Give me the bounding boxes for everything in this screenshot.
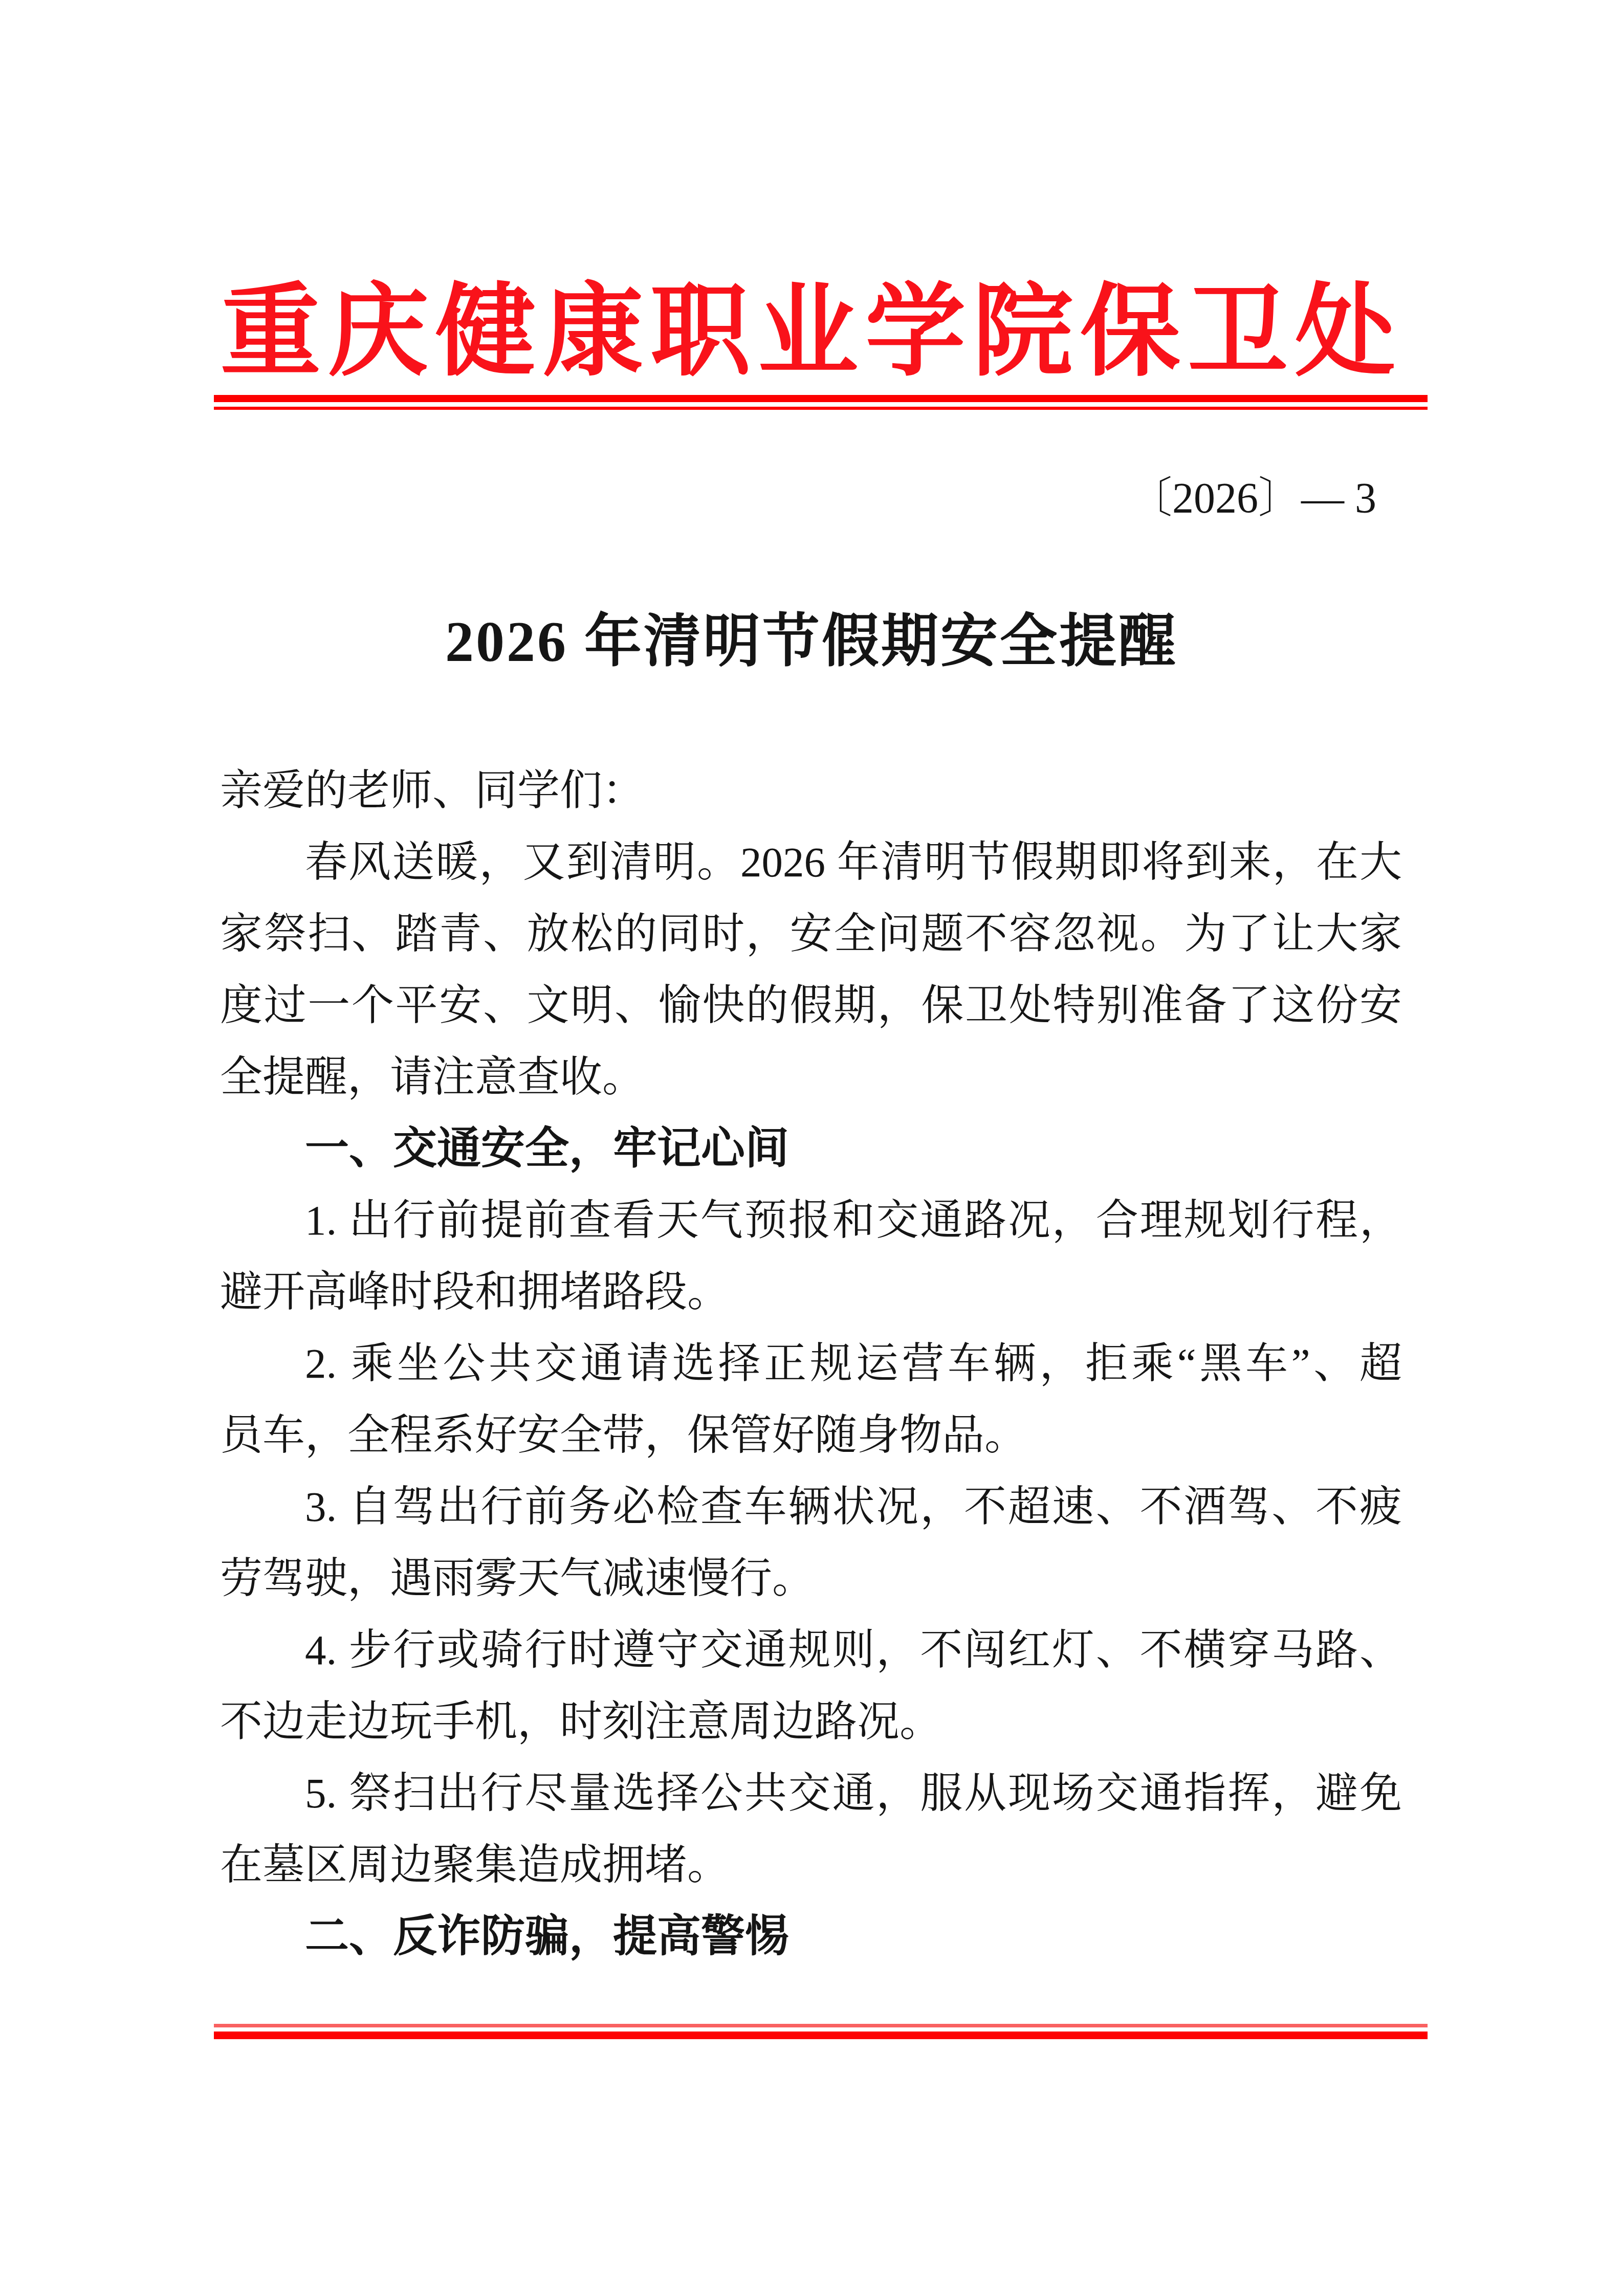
item-5: 在墓区周边聚集造成拥堵。 (220, 1829, 1402, 1901)
item-3: 劳驾驶，遇雨雾天气减速慢行。 (220, 1542, 1402, 1614)
item-5: 5. 祭扫出行尽量选择公共交通，服从现场交通指挥，避免 (220, 1757, 1402, 1829)
intro-paragraph: 度过一个平安、文明、愉快的假期，保卫处特别准备了这份安 (220, 969, 1402, 1041)
footer-rule-thin (214, 2024, 1428, 2027)
item-1: 避开高峰时段和拥堵路段。 (220, 1256, 1402, 1328)
intro-paragraph: 春风送暖，又到清明。2026 年清明节假期即将到来，在大 (220, 826, 1402, 898)
section-2-heading: 二、反诈防骗，提高警惕 (220, 1901, 1402, 1972)
document-page: 重庆健康职业学院保卫处 〔2026〕— 3 2026 年清明节假期安全提醒 亲爱… (0, 0, 1623, 2296)
masthead-title: 重庆健康职业学院保卫处 (0, 279, 1623, 386)
body-text: 亲爱的老师、同学们：春风送暖，又到清明。2026 年清明节假期即将到来，在大家祭… (220, 755, 1402, 1972)
item-4: 4. 步行或骑行时遵守交通规则，不闯红灯、不横穿马路、 (220, 1614, 1402, 1686)
item-4: 不边走边玩手机，时刻注意周边路况。 (220, 1686, 1402, 1757)
section-1-heading: 一、交通安全，牢记心间 (220, 1113, 1402, 1184)
intro-paragraph: 家祭扫、踏青、放松的同时，安全问题不容忽视。为了让大家 (220, 898, 1402, 969)
header-rule-thin (214, 407, 1428, 410)
intro-paragraph: 全提醒，请注意查收。 (220, 1041, 1402, 1113)
item-2: 员车，全程系好安全带，保管好随身物品。 (220, 1399, 1402, 1471)
item-3: 3. 自驾出行前务必检查车辆状况，不超速、不酒驾、不疲 (220, 1471, 1402, 1542)
item-1: 1. 出行前提前查看天气预报和交通路况，合理规划行程， (220, 1184, 1402, 1256)
item-2: 2. 乘坐公共交通请选择正规运营车辆，拒乘“黑车”、超 (220, 1328, 1402, 1399)
footer-rule-thick (214, 2032, 1428, 2039)
salutation: 亲爱的老师、同学们： (220, 755, 1402, 826)
document-title: 2026 年清明节假期安全提醒 (0, 604, 1623, 680)
header-rule-thick (214, 395, 1428, 402)
doc-number: 〔2026〕— 3 (220, 468, 1402, 529)
